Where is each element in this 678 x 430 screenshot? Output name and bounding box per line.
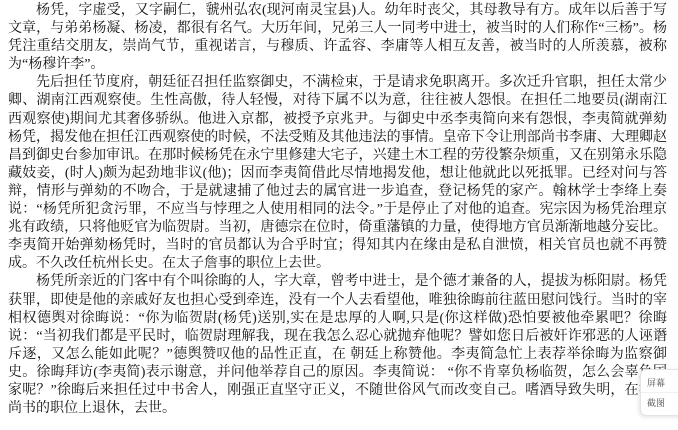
floating-tool-panel: 屏幕 截图	[640, 369, 678, 416]
screen-tool-button[interactable]: 屏幕	[641, 373, 678, 392]
paragraph-biography-intro: 杨凭，字虚受，又字嗣仁，虢州弘农(现河南灵宝县)人。幼年时丧父，其母教导有方。成…	[8, 2, 667, 74]
paragraph-xuhui-story: 杨凭所亲近的门客中有个叫徐晦的人，字大章，曾考中进士，是个德才兼备的人，提拔为栎…	[8, 273, 667, 418]
document-page: 杨凭，字虚受，又字嗣仁，虢州弘农(现河南灵宝县)人。幼年时丧父，其母教导有方。成…	[0, 0, 672, 418]
paragraph-official-career: 先后担任节度府，朝廷征召担任监察御史，不满检束，于是请求免职离开。多次迁升官职，…	[8, 74, 667, 273]
capture-tool-button[interactable]: 截图	[641, 392, 678, 412]
